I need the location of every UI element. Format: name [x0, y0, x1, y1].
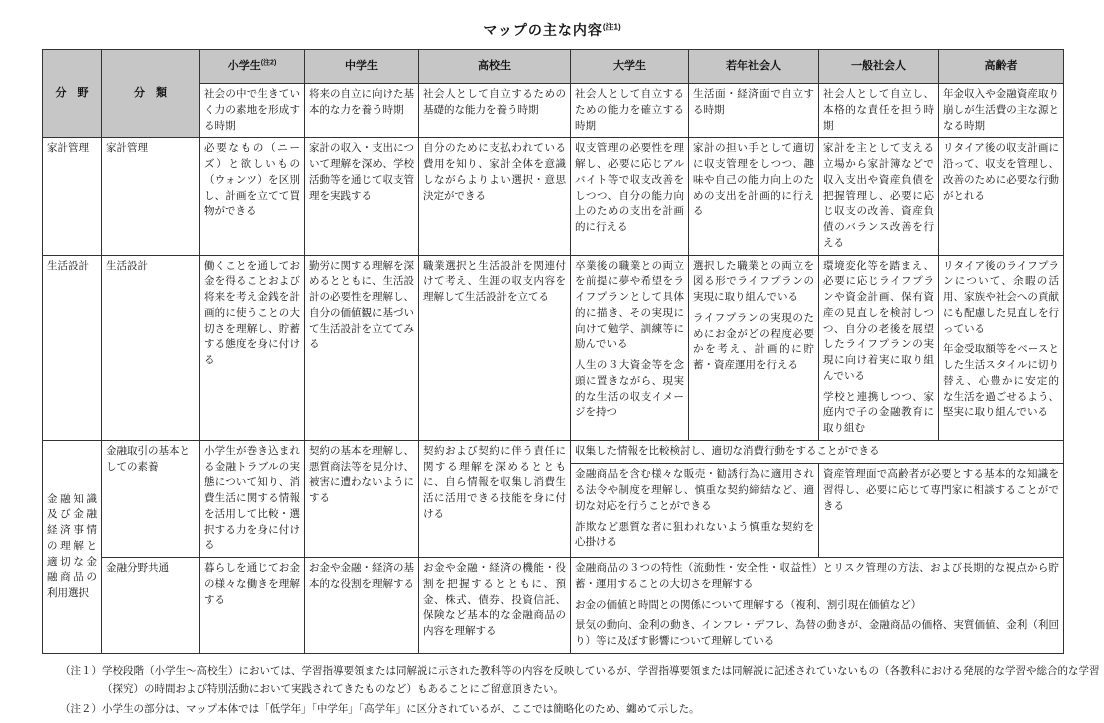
period-high-school: 社会人として自立するための基礎的な能力を養う時期 [419, 84, 571, 138]
cell-kakei-university: 収支管理の必要性を理解し、必要に応じアルバイト等で収支改善をしつつ、自分の能力向… [571, 138, 689, 255]
footnote-2-marker: （注２） [60, 703, 102, 715]
row-financial-common: 金融分野共通 暮らしを通じてお金の様々な働きを理解する お金や金融・経済の基本的… [43, 558, 1064, 654]
field-financial-knowledge: 金融知識及び金融経済事情の理解と適切な金融商品の利用選択 [43, 440, 102, 653]
cell-kakei-adult: 家計を主として支える立場から家計簿などで収入支出や資産負債を把握管理し、必要に応… [819, 138, 939, 255]
cell-kyotsu-high-school: お金や金融・経済の機能・役割を把握するとともに、預金、株式、債券、投資信託、保険… [419, 558, 571, 654]
page-title-text: マップの主な内容 [483, 22, 602, 38]
cell-soyo-junior-high: 契約の基本を理解し、悪質商法等を見分け、被害に遭わないようにする [305, 440, 419, 557]
document-page: マップの主な内容(注1) 分 野 分 類 小学生(注2) 中学生 高校生 大学生… [0, 0, 1104, 723]
footnote-2: （注２）小学生の部分は、マップ本体では「低学年」「中学年」「高学年」に区分されて… [60, 701, 1104, 719]
cell-kakei-senior: リタイア後の収支計画に沿って、収支を管理し、改善のために必要な行動がとれる [939, 138, 1064, 255]
period-junior-high: 将来の自立に向けた基本的な力を養う時期 [305, 84, 419, 138]
row-household-management: 家計管理 家計管理 必要なもの（ニーズ）と欲しいもの（ウォンツ）を区別し、計画を… [43, 138, 1064, 255]
cell-kakei-elementary: 必要なもの（ニーズ）と欲しいもの（ウォンツ）を区別し、計画を立てて買物ができる [200, 138, 305, 255]
cell-kakei-junior-high: 家計の収入・支出について理解を深め、学校活動等を通じて収支管理を実践する [305, 138, 419, 255]
period-young-adult: 生活面・経済面で自立する時期 [689, 84, 819, 138]
footnote-1: （注１）学校段階（小学生～高校生）においては、学習指導要領または同解説に示された… [60, 663, 1104, 699]
period-adult: 社会人として自立し、本格的な責任を担う時期 [819, 84, 939, 138]
page-title: マップの主な内容(注1) [0, 0, 1104, 40]
cell-kakei-high-school: 自分のために支払われている費用を知り、家計全体を意識しながらよりよい選択・意思決… [419, 138, 571, 255]
field-household: 家計管理 [43, 138, 102, 255]
period-university: 社会人として自立するための能力を確立する時期 [571, 84, 689, 138]
column-header-row: 分 野 分 類 小学生(注2) 中学生 高校生 大学生 若年社会人 一般社会人 … [43, 50, 1064, 84]
header-elementary-note: (注2) [261, 60, 277, 67]
financial-literacy-map-table: 分 野 分 類 小学生(注2) 中学生 高校生 大学生 若年社会人 一般社会人 … [42, 49, 1064, 654]
footnote-1-marker: （注１） [60, 665, 102, 677]
footnote-1-text: 学校段階（小学生～高校生）においては、学習指導要領または同解説に示された教科等の… [102, 665, 1100, 695]
cell-kakei-young-adult: 家計の担い手として適切に収支管理をしつつ、趣味や自己の能力向上のための支出を計画… [689, 138, 819, 255]
header-adult: 一般社会人 [819, 50, 939, 84]
row-financial-literacy-basics: 金融知識及び金融経済事情の理解と適切な金融商品の利用選択 金融取引の基本としての… [43, 440, 1064, 464]
category-financial-common: 金融分野共通 [102, 558, 200, 654]
cell-soyo-univ-young-adult: 金融商品を含む様々な販売・勧誘行為に適用される法令や制度を理解し、慎重な契約締結… [571, 464, 819, 558]
cell-seikatsu-adult: 環境変化等を踏まえ、必要に応じライフプランや資金計画、保有資産の見直しを検討しつ… [819, 255, 939, 440]
cell-kyotsu-elementary: 暮らしを通じてお金の様々な働きを理解する [200, 558, 305, 654]
footnotes: （注１）学校段階（小学生～高校生）においては、学習指導要領または同解説に示された… [60, 663, 1104, 720]
cell-soyo-high-school: 契約および契約に伴う責任に関する理解を深めるとともに、自ら情報を収集し消費生活に… [419, 440, 571, 557]
cell-kyotsu-junior-high: お金や金融・経済の基本的な役割を理解する [305, 558, 419, 654]
cell-kyotsu-univ-to-senior: 金融商品の３つの特性（流動性・安全性・収益性）とリスク管理の方法、および長期的な… [571, 558, 1064, 654]
cell-seikatsu-senior: リタイア後のライフプランについて、余暇の活用、家族や社会への貢献にも配慮した見直… [939, 255, 1064, 440]
category-transaction-basics: 金融取引の基本としての素養 [102, 440, 200, 557]
header-senior: 高齢者 [939, 50, 1064, 84]
footnote-2-text: 小学生の部分は、マップ本体では「低学年」「中学年」「高学年」に区分されているが、… [102, 703, 700, 715]
cell-soyo-univ-to-senior: 収集した情報を比較検討し、適切な消費行動をすることができる [571, 440, 1064, 464]
cell-seikatsu-high-school: 職業選択と生活設計を関連付けて考え、生涯の収支内容を理解して生活設計を立てる [419, 255, 571, 440]
header-young-adult: 若年社会人 [689, 50, 819, 84]
cell-soyo-adult-senior: 資産管理面で高齢者が必要とする基本的な知識を習得し、必要に応じて専門家に相談する… [819, 464, 1064, 558]
period-senior: 年金収入や金融資産取り崩しが生活費の主な源となる時期 [939, 84, 1064, 138]
cell-seikatsu-elementary: 働くことを通してお金を得ることおよび将来を考え金銭を計画的に使うことの大切さを理… [200, 255, 305, 440]
cell-seikatsu-junior-high: 勤労に関する理解を深めるとともに、生活設計の必要性を理解し、自分の価値観に基づい… [305, 255, 419, 440]
category-household: 家計管理 [102, 138, 200, 255]
cell-seikatsu-young-adult: 選択した職業との両立を図る形でライフプランの実現に取り組んでいる ライフプランの… [689, 255, 819, 440]
header-junior-high: 中学生 [305, 50, 419, 84]
period-elementary: 社会の中で生きていく力の素地を形成する時期 [200, 84, 305, 138]
row-life-planning: 生活設計 生活設計 働くことを通してお金を得ることおよび将来を考え金銭を計画的に… [43, 255, 1064, 440]
page-title-note: (注1) [603, 22, 621, 31]
header-university: 大学生 [571, 50, 689, 84]
header-category: 分 類 [102, 50, 200, 138]
header-field: 分 野 [43, 50, 102, 138]
header-elementary: 小学生(注2) [200, 50, 305, 84]
cell-soyo-elementary: 小学生が巻き込まれる金融トラブルの実態について知り、消費生活に関する情報を活用し… [200, 440, 305, 557]
cell-seikatsu-university: 卒業後の職業との両立を前提に夢や希望をライフプランとして具体的に描き、その実現に… [571, 255, 689, 440]
field-life-planning: 生活設計 [43, 255, 102, 440]
header-high-school: 高校生 [419, 50, 571, 84]
category-life-planning: 生活設計 [102, 255, 200, 440]
